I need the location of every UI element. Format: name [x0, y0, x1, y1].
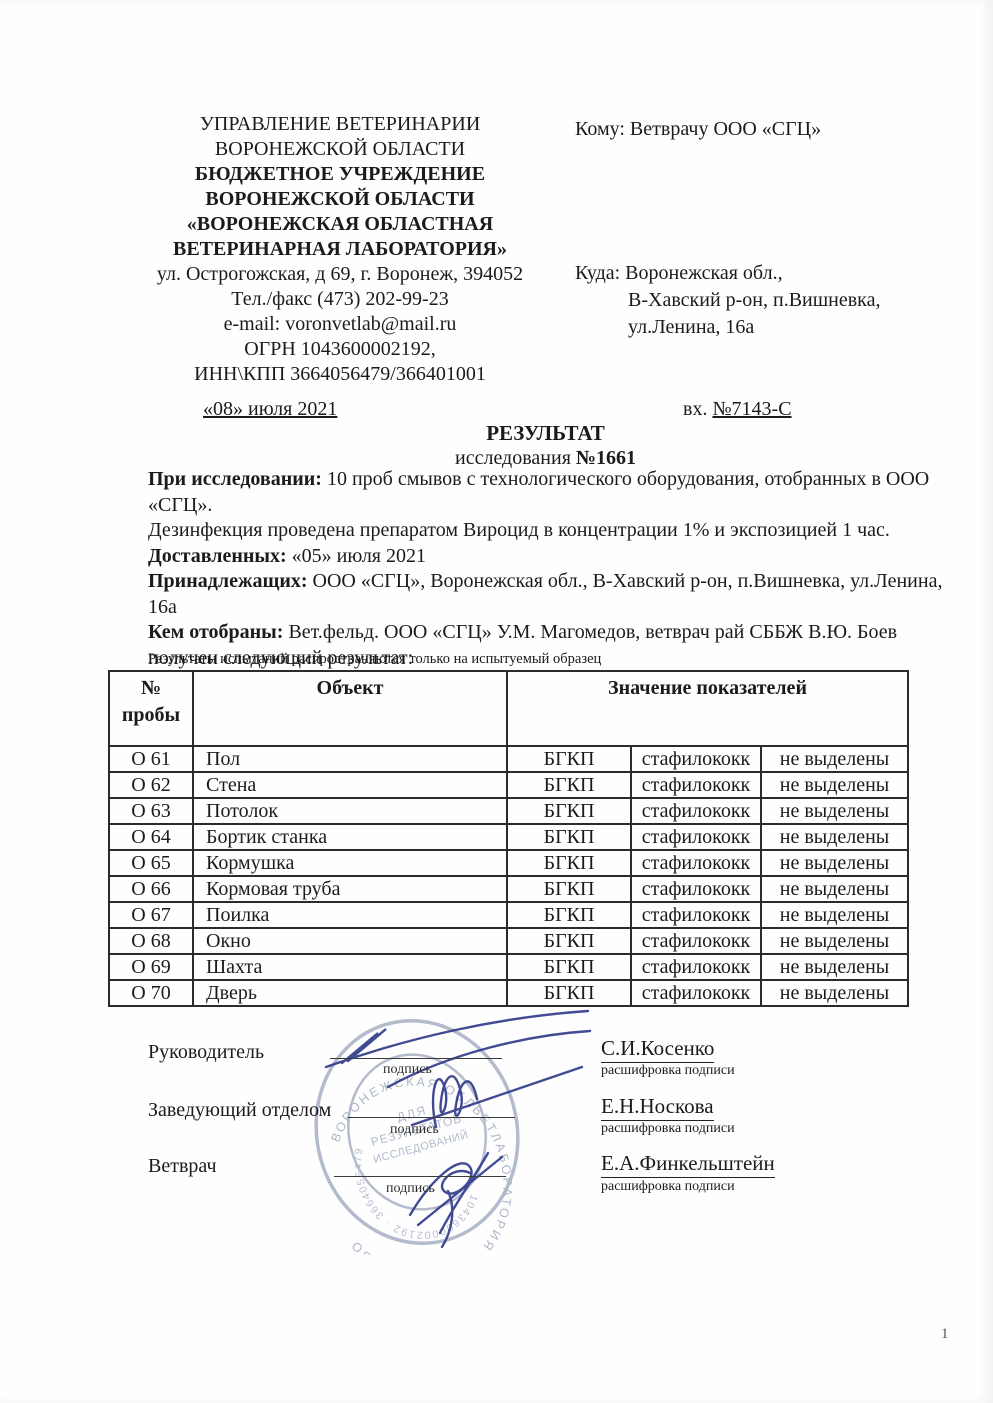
- signer-name: С.И.Косенко: [601, 1036, 714, 1063]
- results-disclaimer: Результаты испытаний распространяются то…: [148, 651, 601, 668]
- page-title: РЕЗУЛЬТАТ: [148, 421, 943, 446]
- document-date: «08» июля 2021: [203, 398, 337, 421]
- org-ogrn: ОГРН 1043600002192,: [105, 337, 575, 362]
- incoming-number: вх. №7143-С: [683, 398, 792, 421]
- cell-object: Шахта: [193, 954, 507, 980]
- signature-caption: подпись: [383, 1062, 432, 1078]
- cell-result: не выделены: [761, 876, 908, 902]
- cell-test2: стафилококк: [631, 772, 761, 798]
- cell-result: не выделены: [761, 850, 908, 876]
- signature-caption: подпись: [386, 1181, 435, 1197]
- cell-sample-number: О 61: [109, 746, 193, 772]
- table-header-row: № пробы Объект Значение показателей: [109, 671, 908, 746]
- cell-sample-number: О 66: [109, 876, 193, 902]
- org-header: УПРАВЛЕНИЕ ВЕТЕРИНАРИИ ВОРОНЕЖСКОЙ ОБЛАС…: [105, 112, 575, 387]
- sampled-label: Кем отобраны:: [148, 621, 283, 643]
- org-email: e-mail: voronvetlab@mail.ru: [105, 312, 575, 337]
- cell-test2: стафилококк: [631, 746, 761, 772]
- cell-result: не выделены: [761, 746, 908, 772]
- research-number: №1661: [576, 447, 636, 469]
- cell-test2: стафилококк: [631, 954, 761, 980]
- org-line: ВЕТЕРИНАРНАЯ ЛАБОРАТОРИЯ»: [105, 237, 575, 262]
- belongs-label: Принадлежащих:: [148, 570, 308, 592]
- signature-line: [334, 1176, 506, 1177]
- cell-test1: БГКП: [507, 954, 631, 980]
- destination-line: Куда: Воронежская обл.,: [628, 260, 880, 287]
- incoming-label: вх.: [683, 398, 707, 420]
- delivered-text: «05» июля 2021: [292, 545, 426, 567]
- destination-line: ул.Ленина, 16а: [628, 314, 880, 341]
- body-text: При исследовании: 10 проб смывов с техно…: [148, 467, 946, 671]
- table-row: О 67ПоилкаБГКПстафилококкне выделены: [109, 902, 908, 928]
- signature-decode-caption: расшифровка подписи: [601, 1063, 735, 1079]
- cell-result: не выделены: [761, 824, 908, 850]
- cell-result: не выделены: [761, 928, 908, 954]
- cell-test1: БГКП: [507, 772, 631, 798]
- org-line: «ВОРОНЕЖСКАЯ ОБЛАСТНАЯ: [105, 212, 575, 237]
- document-page: УПРАВЛЕНИЕ ВЕТЕРИНАРИИ ВОРОНЕЖСКОЙ ОБЛАС…: [0, 0, 993, 1403]
- signature-decode-caption: расшифровка подписи: [601, 1121, 735, 1137]
- cell-sample-number: О 62: [109, 772, 193, 798]
- org-address: ул. Острогожская, д 69, г. Воронеж, 3940…: [105, 262, 575, 287]
- cell-object: Кормовая труба: [193, 876, 507, 902]
- cell-test2: стафилококк: [631, 902, 761, 928]
- org-line: ВОРОНЕЖСКОЙ ОБЛАСТИ: [105, 137, 575, 162]
- org-line: БЮДЖЕТНОЕ УЧРЕЖДЕНИЕ: [105, 162, 575, 187]
- signer-role: Руководитель: [148, 1041, 264, 1064]
- paragraph-research: При исследовании: 10 проб смывов с техно…: [148, 467, 946, 518]
- cell-result: не выделены: [761, 980, 908, 1006]
- cell-test1: БГКП: [507, 876, 631, 902]
- cell-test2: стафилококк: [631, 876, 761, 902]
- signer-role: Ветврач: [148, 1155, 217, 1178]
- handwritten-signatures: [290, 995, 630, 1255]
- header-values: Значение показателей: [507, 671, 908, 746]
- cell-test2: стафилококк: [631, 980, 761, 1006]
- table-row: О 69ШахтаБГКПстафилококкне выделены: [109, 954, 908, 980]
- cell-test1: БГКП: [507, 850, 631, 876]
- cell-object: Кормушка: [193, 850, 507, 876]
- cell-object: Бортик станка: [193, 824, 507, 850]
- cell-result: не выделены: [761, 798, 908, 824]
- cell-object: Потолок: [193, 798, 507, 824]
- header-object: Объект: [193, 671, 507, 746]
- signature-line: [330, 1058, 502, 1059]
- subtitle-prefix: исследования: [455, 447, 571, 469]
- signer-role: Заведующий отделом: [148, 1099, 331, 1122]
- header-num-word: пробы: [110, 702, 192, 729]
- cell-sample-number: О 69: [109, 954, 193, 980]
- signer-name: Е.А.Финкельштейн: [601, 1151, 775, 1178]
- cell-sample-number: О 67: [109, 902, 193, 928]
- cell-result: не выделены: [761, 772, 908, 798]
- cell-test2: стафилококк: [631, 850, 761, 876]
- paragraph-belongs: Принадлежащих: ООО «СГЦ», Воронежская об…: [148, 569, 946, 620]
- table-row: О 68ОкноБГКПстафилококкне выделены: [109, 928, 908, 954]
- org-phone: Тел./факс (473) 202-99-23: [105, 287, 575, 312]
- cell-test1: БГКП: [507, 928, 631, 954]
- table-row: О 62СтенаБГКПстафилококкне выделены: [109, 772, 908, 798]
- cell-result: не выделены: [761, 902, 908, 928]
- cell-test1: БГКП: [507, 902, 631, 928]
- cell-object: Пол: [193, 746, 507, 772]
- cell-object: Окно: [193, 928, 507, 954]
- cell-test1: БГКП: [507, 798, 631, 824]
- table-row: О 63ПотолокБГКПстафилококкне выделены: [109, 798, 908, 824]
- destination-line: В-Хавский р-он, п.Вишневка,: [628, 287, 880, 314]
- delivered-label: Доставленных:: [148, 545, 287, 567]
- table-row: О 64Бортик станкаБГКПстафилококкне выдел…: [109, 824, 908, 850]
- cell-object: Поилка: [193, 902, 507, 928]
- table-row: О 65КормушкаБГКПстафилококкне выделены: [109, 850, 908, 876]
- org-line: УПРАВЛЕНИЕ ВЕТЕРИНАРИИ: [105, 112, 575, 137]
- cell-object: Стена: [193, 772, 507, 798]
- table-row: О 61ПолБГКПстафилококкне выделены: [109, 746, 908, 772]
- destination-block: Куда: Воронежская обл., В-Хавский р-он, …: [575, 260, 880, 341]
- paragraph-disinfection: Дезинфекция проведена препаратом Вироцид…: [148, 518, 946, 544]
- header-num-sign: №: [110, 675, 192, 702]
- cell-sample-number: О 65: [109, 850, 193, 876]
- cell-sample-number: О 63: [109, 798, 193, 824]
- signature-decode-caption: расшифровка подписи: [601, 1179, 735, 1195]
- cell-result: не выделены: [761, 954, 908, 980]
- signature-stroke: [433, 1076, 477, 1127]
- signature-line: [348, 1117, 515, 1118]
- cell-test2: стафилококк: [631, 798, 761, 824]
- recipient-line: Кому: Ветврачу ООО «СГЦ»: [575, 118, 821, 141]
- incoming-number-value: №7143-С: [712, 398, 791, 420]
- cell-test2: стафилококк: [631, 928, 761, 954]
- cell-sample-number: О 70: [109, 980, 193, 1006]
- cell-sample-number: О 64: [109, 824, 193, 850]
- results-table: № пробы Объект Значение показателей О 61…: [108, 670, 909, 1007]
- table-row: О 66Кормовая трубаБГКПстафилококкне выде…: [109, 876, 908, 902]
- research-label: При исследовании:: [148, 468, 322, 490]
- cell-test1: БГКП: [507, 746, 631, 772]
- page-number: 1: [941, 1326, 949, 1343]
- header-sample-number: № пробы: [109, 671, 193, 746]
- signer-name: Е.Н.Носкова: [601, 1094, 714, 1121]
- paragraph-delivered: Доставленных: «05» июля 2021: [148, 544, 946, 570]
- org-inn-kpp: ИНН\КПП 3664056479/366401001: [105, 362, 575, 387]
- org-line: ВОРОНЕЖСКОЙ ОБЛАСТИ: [105, 187, 575, 212]
- cell-sample-number: О 68: [109, 928, 193, 954]
- signature-caption: подпись: [390, 1122, 439, 1138]
- cell-test2: стафилококк: [631, 824, 761, 850]
- cell-test1: БГКП: [507, 824, 631, 850]
